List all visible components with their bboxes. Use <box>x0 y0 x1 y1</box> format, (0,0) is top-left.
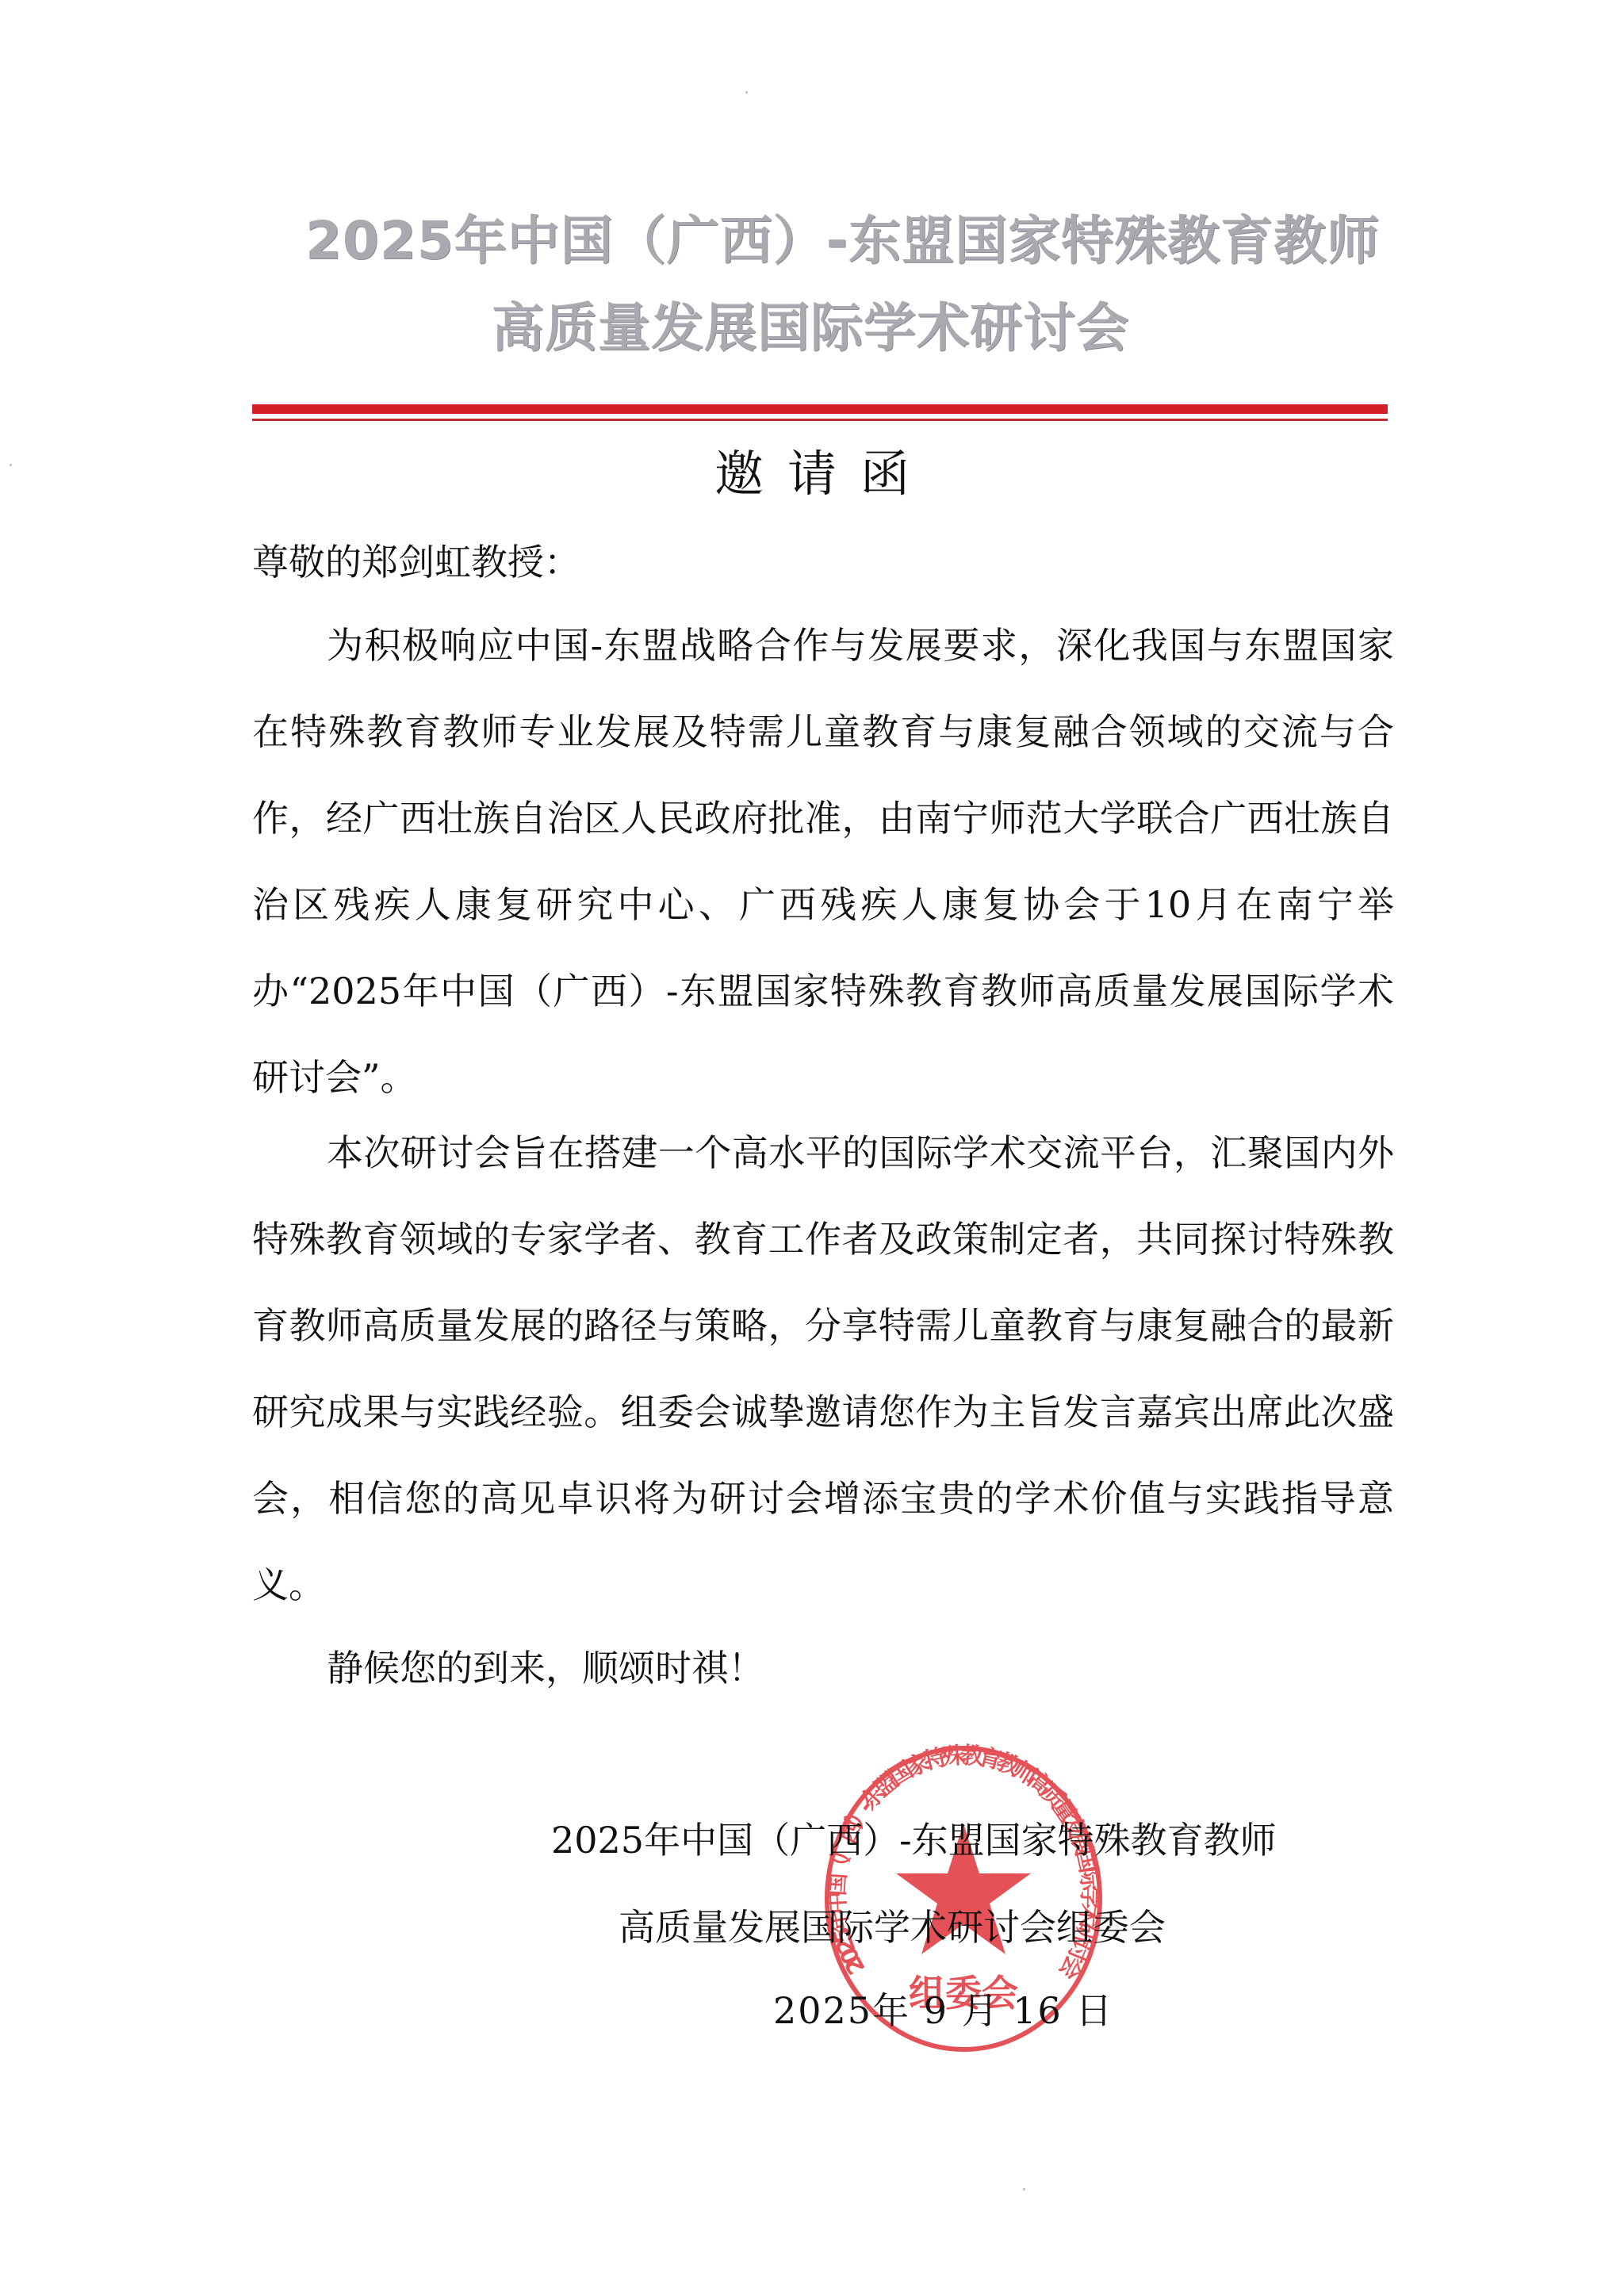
letterhead-title-line1: 2025年中国（广西）-东盟国家特殊教育教师 <box>305 198 1447 274</box>
letterhead-red-rule <box>252 404 1388 414</box>
scan-speck <box>745 91 748 94</box>
scan-speck <box>10 464 12 466</box>
signature-date: 2025年 9 月 16 日 <box>773 1982 1113 2034</box>
closing-paragraph: 静候您的到来，顺颂时祺！ <box>252 1625 1394 1712</box>
letterhead-title-line2: 高质量发展国际学术研讨会 <box>492 285 1624 361</box>
salutation: 尊敬的郑剑虹教授： <box>252 519 1394 606</box>
scan-speck <box>1023 2188 1025 2191</box>
body-paragraph-2: 本次研讨会旨在搭建一个高水平的国际学术交流平台，汇聚国内外特殊教育领域的专家学者… <box>252 1110 1394 1628</box>
signature-organization-line2: 高质量发展国际学术研讨会组委会 <box>619 1899 1166 1951</box>
signature-organization-line1: 2025年中国（广西）-东盟国家特殊教育教师 <box>551 1812 1277 1864</box>
body-paragraph-1: 为积极响应中国-东盟战略合作与发展要求，深化我国与东盟国家在特殊教育教师专业发展… <box>252 603 1394 1121</box>
letterhead-red-rule-thin <box>252 419 1388 421</box>
invitation-letter-page: 2025年中国（广西）-东盟国家特殊教育教师 高质量发展国际学术研讨会 邀请函 … <box>0 0 1624 2296</box>
document-type-heading: 邀请函 <box>0 434 1624 505</box>
